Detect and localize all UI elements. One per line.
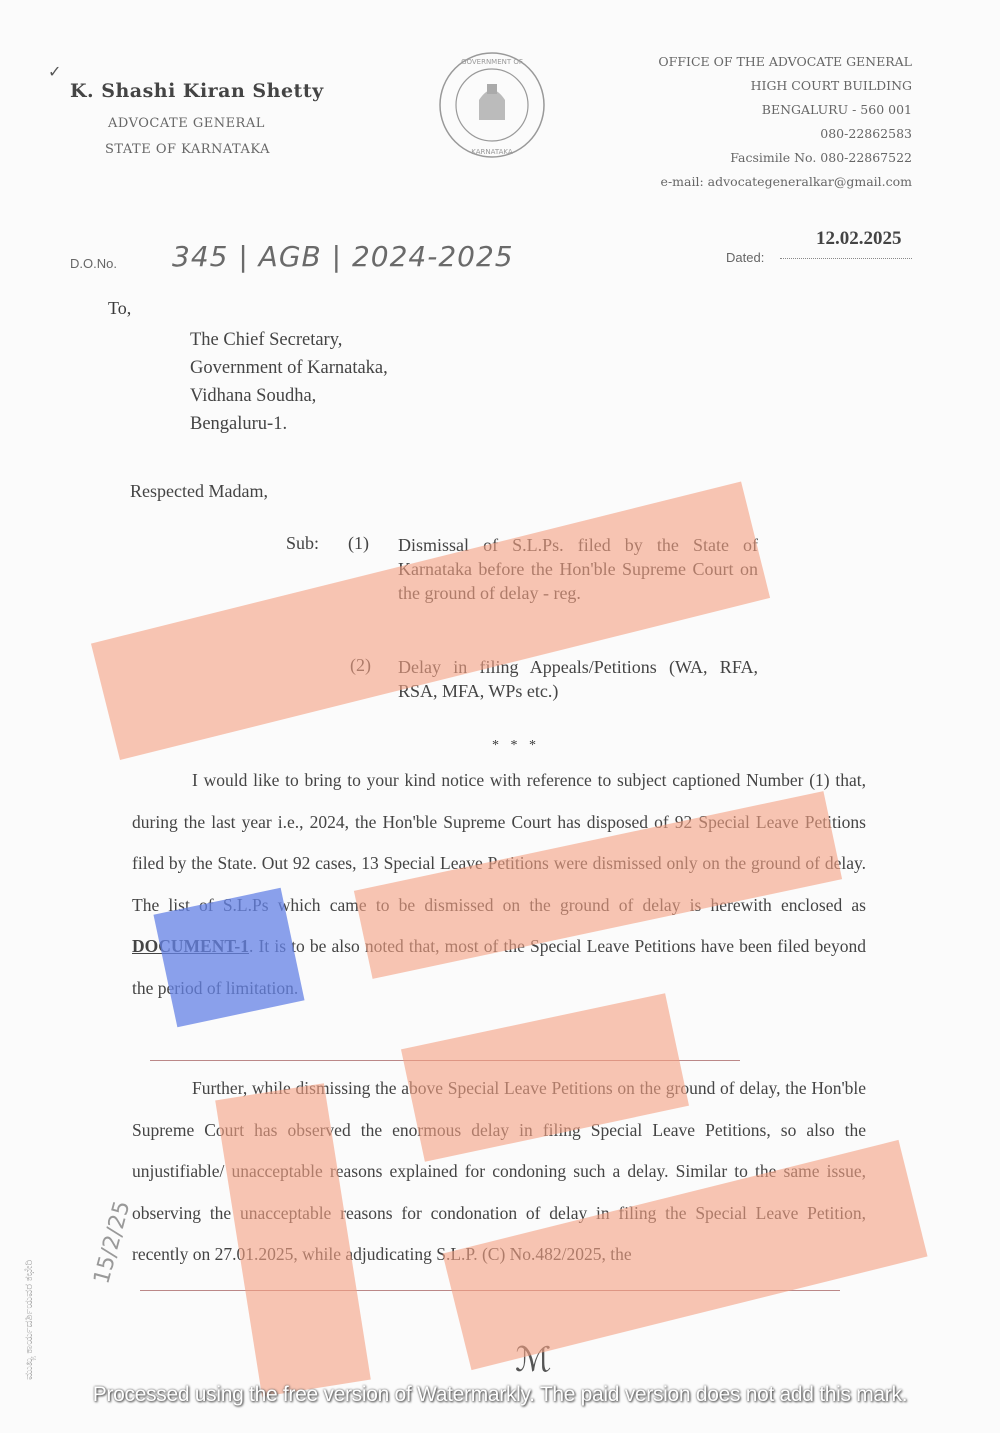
office-line: HIGH COURT BUILDING xyxy=(658,74,912,98)
receipt-stamp: ಮುಖ್ಯ ಕಾರ್ಯದರ್ಶಿಯವರ ಕಛೇರಿ xyxy=(20,1050,120,1380)
redaction-block xyxy=(91,481,770,760)
subject-label: Sub: xyxy=(286,533,319,554)
date-label: Dated: xyxy=(726,250,764,265)
sender-state: STATE OF KARNATAKA xyxy=(105,142,270,157)
do-number-value: 345 | AGB | 2024-2025 xyxy=(172,240,514,273)
tick-mark: ✓ xyxy=(48,62,61,82)
svg-text:GOVERNMENT OF: GOVERNMENT OF xyxy=(461,58,523,66)
date-dotted-line xyxy=(780,258,912,259)
greeting: Respected Madam, xyxy=(130,481,268,502)
office-address: OFFICE OF THE ADVOCATE GENERAL HIGH COUR… xyxy=(658,50,912,194)
subject-number: (1) xyxy=(348,533,369,554)
do-number-label: D.O.No. xyxy=(70,256,117,271)
office-line: OFFICE OF THE ADVOCATE GENERAL xyxy=(658,50,912,74)
sender-title: ADVOCATE GENERAL xyxy=(108,116,265,131)
government-seal-icon: GOVERNMENT OF KARNATAKA xyxy=(437,50,547,160)
date-value: 12.02.2025 xyxy=(816,228,902,250)
address-line: Government of Karnataka, xyxy=(190,354,388,382)
watermark-text: Processed using the free version of Wate… xyxy=(0,1383,1000,1407)
office-line: BENGALURU - 560 001 xyxy=(658,98,912,122)
address-line: Bengaluru-1. xyxy=(190,410,388,438)
address-line: The Chief Secretary, xyxy=(190,326,388,354)
separator: * * * xyxy=(492,738,540,754)
address-line: Vidhana Soudha, xyxy=(190,382,388,410)
office-fax: Facsimile No. 080-22867522 xyxy=(658,146,912,170)
sender-name: K. Shashi Kiran Shetty xyxy=(70,80,324,102)
recipient-address: The Chief Secretary, Government of Karna… xyxy=(190,326,388,438)
office-email: e-mail: advocategeneralkar@gmail.com xyxy=(658,170,912,194)
office-phone: 080-22862583 xyxy=(658,122,912,146)
stamp-text: ಮುಖ್ಯ ಕಾರ್ಯದರ್ಶಿಯವರ ಕಛೇರಿ xyxy=(23,1260,35,1380)
svg-text:KARNATAKA: KARNATAKA xyxy=(471,148,513,156)
to-label: To, xyxy=(108,298,131,319)
